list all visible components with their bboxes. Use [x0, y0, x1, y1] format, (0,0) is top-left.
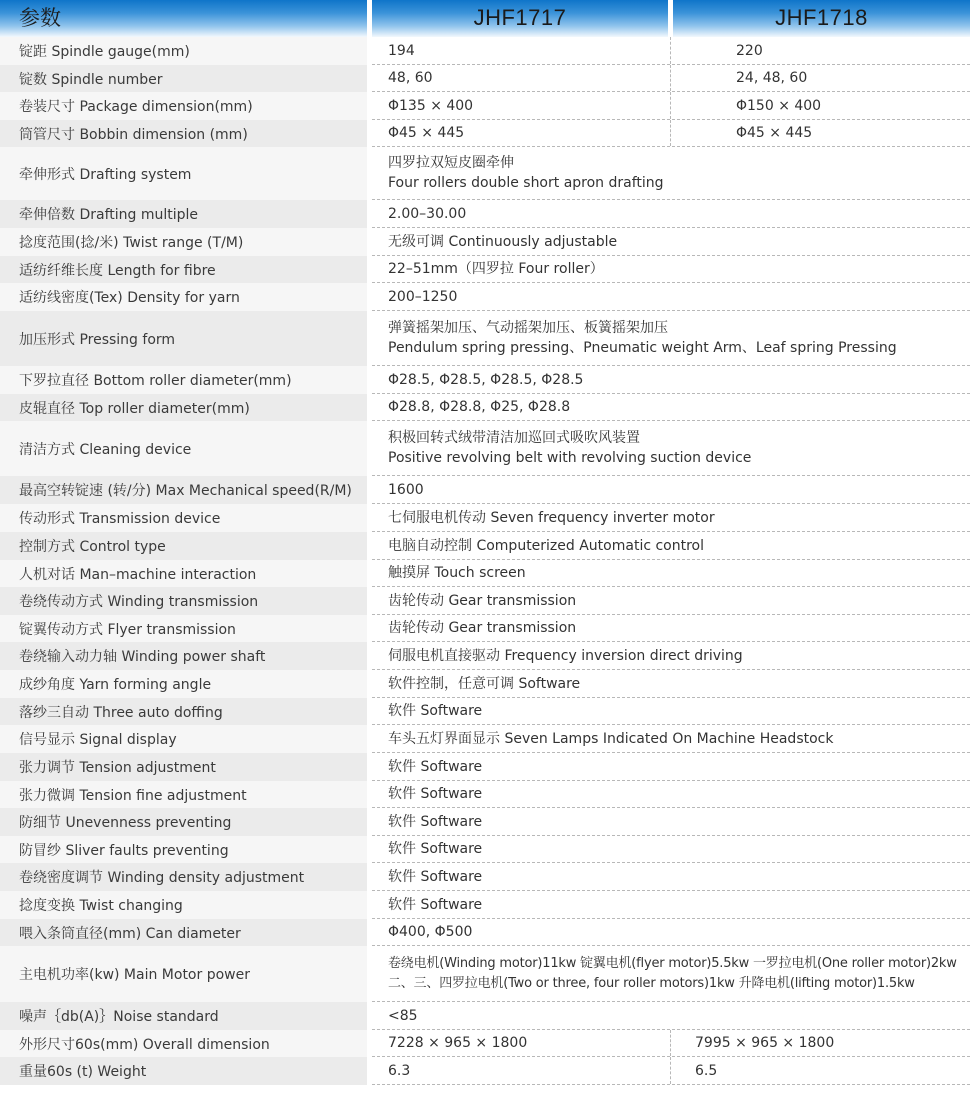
- value-line: 22–51mm（四罗拉 Four roller）: [388, 259, 970, 279]
- value-jhf1717: 194: [372, 37, 670, 64]
- spec-values: 软件 Software: [372, 891, 970, 919]
- value-shared: 积极回转式绒带清洁加巡回式吸吹风装置Positive revolving bel…: [372, 421, 970, 475]
- spec-values: 伺服电机直接驱动 Frequency inversion direct driv…: [372, 642, 970, 670]
- spec-values: Φ45 × 445Φ45 × 445: [372, 120, 970, 147]
- spec-label: 张力调节 Tension adjustment: [0, 753, 367, 781]
- table-row: 锭距 Spindle gauge(mm)194220: [0, 37, 970, 65]
- header-param: 参数: [0, 0, 367, 37]
- value-shared: 软件 Software: [372, 863, 970, 890]
- table-row: 卷装尺寸 Package dimension(mm)Φ135 × 400Φ150…: [0, 92, 970, 120]
- table-header: 参数 JHF1717 JHF1718: [0, 0, 970, 37]
- spec-values: 弹簧摇架加压、气动摇架加压、板簧摇架加压Pendulum spring pres…: [372, 311, 970, 366]
- spec-label: 控制方式 Control type: [0, 532, 367, 560]
- value-line: Positive revolving belt with revolving s…: [388, 448, 970, 468]
- spec-values: 软件 Software: [372, 781, 970, 808]
- value-line: 软件 Software: [388, 784, 970, 804]
- value-line: 200–1250: [388, 287, 970, 307]
- value-jhf1718: Φ45 × 445: [670, 120, 970, 146]
- spec-values: 48, 6024, 48, 60: [372, 65, 970, 92]
- value-jhf1717: 6.3: [372, 1057, 670, 1084]
- table-row: 锭数 Spindle number48, 6024, 48, 60: [0, 65, 970, 92]
- spec-values: 软件 Software: [372, 836, 970, 863]
- table-row: 信号显示 Signal display车头五灯界面显示 Seven Lamps …: [0, 725, 970, 753]
- spec-label: 卷绕传动方式 Winding transmission: [0, 587, 367, 615]
- spec-label: 卷装尺寸 Package dimension(mm): [0, 92, 367, 120]
- table-row: 适纺线密度(Tex) Density for yarn200–1250: [0, 283, 970, 311]
- table-row: 外形尺寸60s(mm) Overall dimension7228 × 965 …: [0, 1030, 970, 1057]
- value-line: 2.00–30.00: [388, 204, 970, 224]
- spec-values: 车头五灯界面显示 Seven Lamps Indicated On Machin…: [372, 725, 970, 753]
- table-row: 喂入条筒直径(mm) Can diameterΦ400, Φ500: [0, 919, 970, 946]
- value-line: 卷绕电机(Winding motor)11kw 锭翼电机(flyer motor…: [388, 954, 970, 974]
- value-line: 软件 Software: [388, 701, 970, 721]
- table-row: 捻度变换 Twist changing软件 Software: [0, 891, 970, 919]
- value-shared: 2.00–30.00: [372, 200, 970, 227]
- value-line: 齿轮传动 Gear transmission: [388, 591, 970, 611]
- value-line: Pendulum spring pressing、Pneumatic weigh…: [388, 338, 970, 358]
- value-shared: 软件 Software: [372, 808, 970, 835]
- spec-values: 卷绕电机(Winding motor)11kw 锭翼电机(flyer motor…: [372, 946, 970, 1002]
- value-line: 触摸屏 Touch screen: [388, 563, 970, 583]
- spec-label: 锭数 Spindle number: [0, 65, 367, 92]
- spec-label: 噪声｛db(A)｝Noise standard: [0, 1002, 367, 1030]
- value-jhf1718: 24, 48, 60: [670, 65, 970, 91]
- value-line: 七伺服电机传动 Seven frequency inverter motor: [388, 508, 970, 528]
- table-row: 张力微调 Tension fine adjustment软件 Software: [0, 781, 970, 808]
- value-shared: 软件 Software: [372, 891, 970, 918]
- spec-values: 软件控制，任意可调 Software: [372, 670, 970, 698]
- table-row: 卷绕密度调节 Winding density adjustment软件 Soft…: [0, 863, 970, 891]
- header-model-jhf1717: JHF1717: [372, 0, 668, 37]
- table-row: 卷绕输入动力轴 Winding power shaft伺服电机直接驱动 Freq…: [0, 642, 970, 670]
- spec-label: 锭翼传动方式 Flyer transmission: [0, 615, 367, 642]
- table-row: 加压形式 Pressing form弹簧摇架加压、气动摇架加压、板簧摇架加压Pe…: [0, 311, 970, 366]
- spec-label: 张力微调 Tension fine adjustment: [0, 781, 367, 808]
- table-row: 卷绕传动方式 Winding transmission齿轮传动 Gear tra…: [0, 587, 970, 615]
- value-line: 无级可调 Continuously adjustable: [388, 232, 970, 252]
- spec-label: 最高空转锭速 (转/分) Max Mechanical speed(R/M): [0, 476, 367, 504]
- table-row: 筒管尺寸 Bobbin dimension (mm)Φ45 × 445Φ45 ×…: [0, 120, 970, 147]
- spec-label: 捻度范围(捻/米) Twist range (T/M): [0, 228, 367, 256]
- value-line: 软件 Software: [388, 757, 970, 777]
- spec-values: 软件 Software: [372, 753, 970, 781]
- value-jhf1717: Φ135 × 400: [372, 92, 670, 119]
- header-model-jhf1718: JHF1718: [673, 0, 970, 37]
- spec-values: 齿轮传动 Gear transmission: [372, 587, 970, 615]
- spec-values: Φ135 × 400Φ150 × 400: [372, 92, 970, 120]
- spec-values: 7228 × 965 × 18007995 × 965 × 1800: [372, 1030, 970, 1057]
- table-row: 落纱三自动 Three auto doffing软件 Software: [0, 698, 970, 725]
- value-shared: 齿轮传动 Gear transmission: [372, 615, 970, 641]
- value-shared: Φ28.5, Φ28.5, Φ28.5, Φ28.5: [372, 366, 970, 393]
- spec-values: 积极回转式绒带清洁加巡回式吸吹风装置Positive revolving bel…: [372, 421, 970, 476]
- value-shared: 软件 Software: [372, 836, 970, 862]
- table-row: 人机对话 Man–machine interaction触摸屏 Touch sc…: [0, 560, 970, 587]
- spec-values: 触摸屏 Touch screen: [372, 560, 970, 587]
- value-jhf1717: Φ45 × 445: [372, 120, 670, 146]
- value-jhf1718: Φ150 × 400: [670, 92, 970, 119]
- spec-values: Φ28.8, Φ28.8, Φ25, Φ28.8: [372, 394, 970, 421]
- spec-label: 喂入条筒直径(mm) Can diameter: [0, 919, 367, 946]
- spec-label: 牵伸倍数 Drafting multiple: [0, 200, 367, 228]
- spec-label: 重量60s (t) Weight: [0, 1057, 367, 1085]
- value-shared: 无级可调 Continuously adjustable: [372, 228, 970, 255]
- table-row: 最高空转锭速 (转/分) Max Mechanical speed(R/M)16…: [0, 476, 970, 504]
- value-line: 伺服电机直接驱动 Frequency inversion direct driv…: [388, 646, 970, 666]
- value-shared: 四罗拉双短皮圈牵伸Four rollers double short apron…: [372, 147, 970, 199]
- value-shared: 齿轮传动 Gear transmission: [372, 587, 970, 614]
- spec-label: 主电机功率(kw) Main Motor power: [0, 946, 367, 1002]
- value-line: 电脑自动控制 Computerized Automatic control: [388, 536, 970, 556]
- spec-values: 1600: [372, 476, 970, 504]
- spec-values: 无级可调 Continuously adjustable: [372, 228, 970, 256]
- table-row: 适纺纤维长度 Length for fibre22–51mm（四罗拉 Four …: [0, 256, 970, 283]
- spec-label: 捻度变换 Twist changing: [0, 891, 367, 919]
- spec-values: 200–1250: [372, 283, 970, 311]
- spec-label: 落纱三自动 Three auto doffing: [0, 698, 367, 725]
- spec-label: 清洁方式 Cleaning device: [0, 421, 367, 476]
- spec-label: 外形尺寸60s(mm) Overall dimension: [0, 1030, 367, 1057]
- table-row: 噪声｛db(A)｝Noise standard<85: [0, 1002, 970, 1030]
- spec-values: 6.36.5: [372, 1057, 970, 1085]
- spec-label: 下罗拉直径 Bottom roller diameter(mm): [0, 366, 367, 394]
- spec-values: 软件 Software: [372, 698, 970, 725]
- value-line: 软件 Software: [388, 839, 970, 859]
- value-shared: 22–51mm（四罗拉 Four roller）: [372, 256, 970, 282]
- spec-sheet: 参数 JHF1717 JHF1718 锭距 Spindle gauge(mm)1…: [0, 0, 970, 1094]
- table-row: 主电机功率(kw) Main Motor power卷绕电机(Winding m…: [0, 946, 970, 1002]
- spec-label: 筒管尺寸 Bobbin dimension (mm): [0, 120, 367, 147]
- spec-label: 锭距 Spindle gauge(mm): [0, 37, 367, 65]
- table-row: 防细节 Unevenness preventing软件 Software: [0, 808, 970, 836]
- spec-label: 卷绕密度调节 Winding density adjustment: [0, 863, 367, 891]
- table-row: 锭翼传动方式 Flyer transmission齿轮传动 Gear trans…: [0, 615, 970, 642]
- value-jhf1718: 220: [670, 37, 970, 64]
- value-shared: 卷绕电机(Winding motor)11kw 锭翼电机(flyer motor…: [372, 946, 970, 1001]
- value-line: Φ400, Φ500: [388, 922, 970, 942]
- value-line: Four rollers double short apron drafting: [388, 173, 970, 193]
- table-row: 防冒纱 Sliver faults preventing软件 Software: [0, 836, 970, 863]
- spec-values: Φ400, Φ500: [372, 919, 970, 946]
- value-jhf1718: 6.5: [670, 1057, 970, 1084]
- value-jhf1718: 7995 × 965 × 1800: [670, 1030, 970, 1056]
- spec-label: 加压形式 Pressing form: [0, 311, 367, 366]
- value-line: <85: [388, 1006, 970, 1026]
- value-line: 软件 Software: [388, 895, 970, 915]
- value-line: 二、三、四罗拉电机(Two or three, four roller moto…: [388, 974, 970, 994]
- spec-label: 牵伸形式 Drafting system: [0, 147, 367, 200]
- spec-values: 齿轮传动 Gear transmission: [372, 615, 970, 642]
- spec-values: Φ28.5, Φ28.5, Φ28.5, Φ28.5: [372, 366, 970, 394]
- value-line: Φ28.5, Φ28.5, Φ28.5, Φ28.5: [388, 370, 970, 390]
- value-shared: 触摸屏 Touch screen: [372, 560, 970, 586]
- spec-values: 七伺服电机传动 Seven frequency inverter motor: [372, 504, 970, 532]
- value-shared: Φ400, Φ500: [372, 919, 970, 945]
- spec-values: 四罗拉双短皮圈牵伸Four rollers double short apron…: [372, 147, 970, 200]
- value-line: 软件 Software: [388, 867, 970, 887]
- table-row: 牵伸形式 Drafting system四罗拉双短皮圈牵伸Four roller…: [0, 147, 970, 200]
- value-shared: 软件 Software: [372, 753, 970, 780]
- spec-label: 防冒纱 Sliver faults preventing: [0, 836, 367, 863]
- value-line: 软件 Software: [388, 812, 970, 832]
- spec-label: 皮辊直径 Top roller diameter(mm): [0, 394, 367, 421]
- spec-label: 成纱角度 Yarn forming angle: [0, 670, 367, 698]
- value-shared: 弹簧摇架加压、气动摇架加压、板簧摇架加压Pendulum spring pres…: [372, 311, 970, 365]
- spec-label: 信号显示 Signal display: [0, 725, 367, 753]
- value-line: 软件控制，任意可调 Software: [388, 674, 970, 694]
- value-line: 车头五灯界面显示 Seven Lamps Indicated On Machin…: [388, 729, 970, 749]
- table-row: 控制方式 Control type电脑自动控制 Computerized Aut…: [0, 532, 970, 560]
- value-shared: 200–1250: [372, 283, 970, 310]
- value-line: 四罗拉双短皮圈牵伸: [388, 153, 970, 173]
- table-row: 下罗拉直径 Bottom roller diameter(mm)Φ28.5, Φ…: [0, 366, 970, 394]
- table-row: 传动形式 Transmission device七伺服电机传动 Seven fr…: [0, 504, 970, 532]
- value-shared: 软件 Software: [372, 698, 970, 724]
- table-row: 牵伸倍数 Drafting multiple2.00–30.00: [0, 200, 970, 228]
- table-row: 清洁方式 Cleaning device积极回转式绒带清洁加巡回式吸吹风装置Po…: [0, 421, 970, 476]
- spec-label: 防细节 Unevenness preventing: [0, 808, 367, 836]
- table-row: 张力调节 Tension adjustment软件 Software: [0, 753, 970, 781]
- value-shared: 电脑自动控制 Computerized Automatic control: [372, 532, 970, 559]
- spec-label: 适纺纤维长度 Length for fibre: [0, 256, 367, 283]
- spec-values: 194220: [372, 37, 970, 65]
- table-row: 成纱角度 Yarn forming angle软件控制，任意可调 Softwar…: [0, 670, 970, 698]
- value-shared: 车头五灯界面显示 Seven Lamps Indicated On Machin…: [372, 725, 970, 752]
- spec-values: 软件 Software: [372, 808, 970, 836]
- spec-label: 传动形式 Transmission device: [0, 504, 367, 532]
- value-jhf1717: 48, 60: [372, 65, 670, 91]
- value-line: 弹簧摇架加压、气动摇架加压、板簧摇架加压: [388, 318, 970, 338]
- table-row: 皮辊直径 Top roller diameter(mm)Φ28.8, Φ28.8…: [0, 394, 970, 421]
- table-row: 重量60s (t) Weight6.36.5: [0, 1057, 970, 1085]
- spec-label: 人机对话 Man–machine interaction: [0, 560, 367, 587]
- value-line: Φ28.8, Φ28.8, Φ25, Φ28.8: [388, 397, 970, 417]
- value-line: 1600: [388, 480, 970, 500]
- value-shared: 软件 Software: [372, 781, 970, 807]
- spec-label: 适纺线密度(Tex) Density for yarn: [0, 283, 367, 311]
- value-jhf1717: 7228 × 965 × 1800: [372, 1030, 670, 1056]
- spec-values: 22–51mm（四罗拉 Four roller）: [372, 256, 970, 283]
- value-shared: <85: [372, 1002, 970, 1029]
- value-line: 积极回转式绒带清洁加巡回式吸吹风装置: [388, 428, 970, 448]
- spec-values: 电脑自动控制 Computerized Automatic control: [372, 532, 970, 560]
- value-shared: Φ28.8, Φ28.8, Φ25, Φ28.8: [372, 394, 970, 420]
- spec-values: 2.00–30.00: [372, 200, 970, 228]
- spec-values: <85: [372, 1002, 970, 1030]
- spec-label: 卷绕输入动力轴 Winding power shaft: [0, 642, 367, 670]
- value-shared: 伺服电机直接驱动 Frequency inversion direct driv…: [372, 642, 970, 669]
- spec-table-body: 锭距 Spindle gauge(mm)194220锭数 Spindle num…: [0, 37, 970, 1085]
- value-shared: 软件控制，任意可调 Software: [372, 670, 970, 697]
- value-shared: 七伺服电机传动 Seven frequency inverter motor: [372, 504, 970, 531]
- table-row: 捻度范围(捻/米) Twist range (T/M)无级可调 Continuo…: [0, 228, 970, 256]
- spec-values: 软件 Software: [372, 863, 970, 891]
- value-line: 齿轮传动 Gear transmission: [388, 618, 970, 638]
- value-shared: 1600: [372, 476, 970, 503]
